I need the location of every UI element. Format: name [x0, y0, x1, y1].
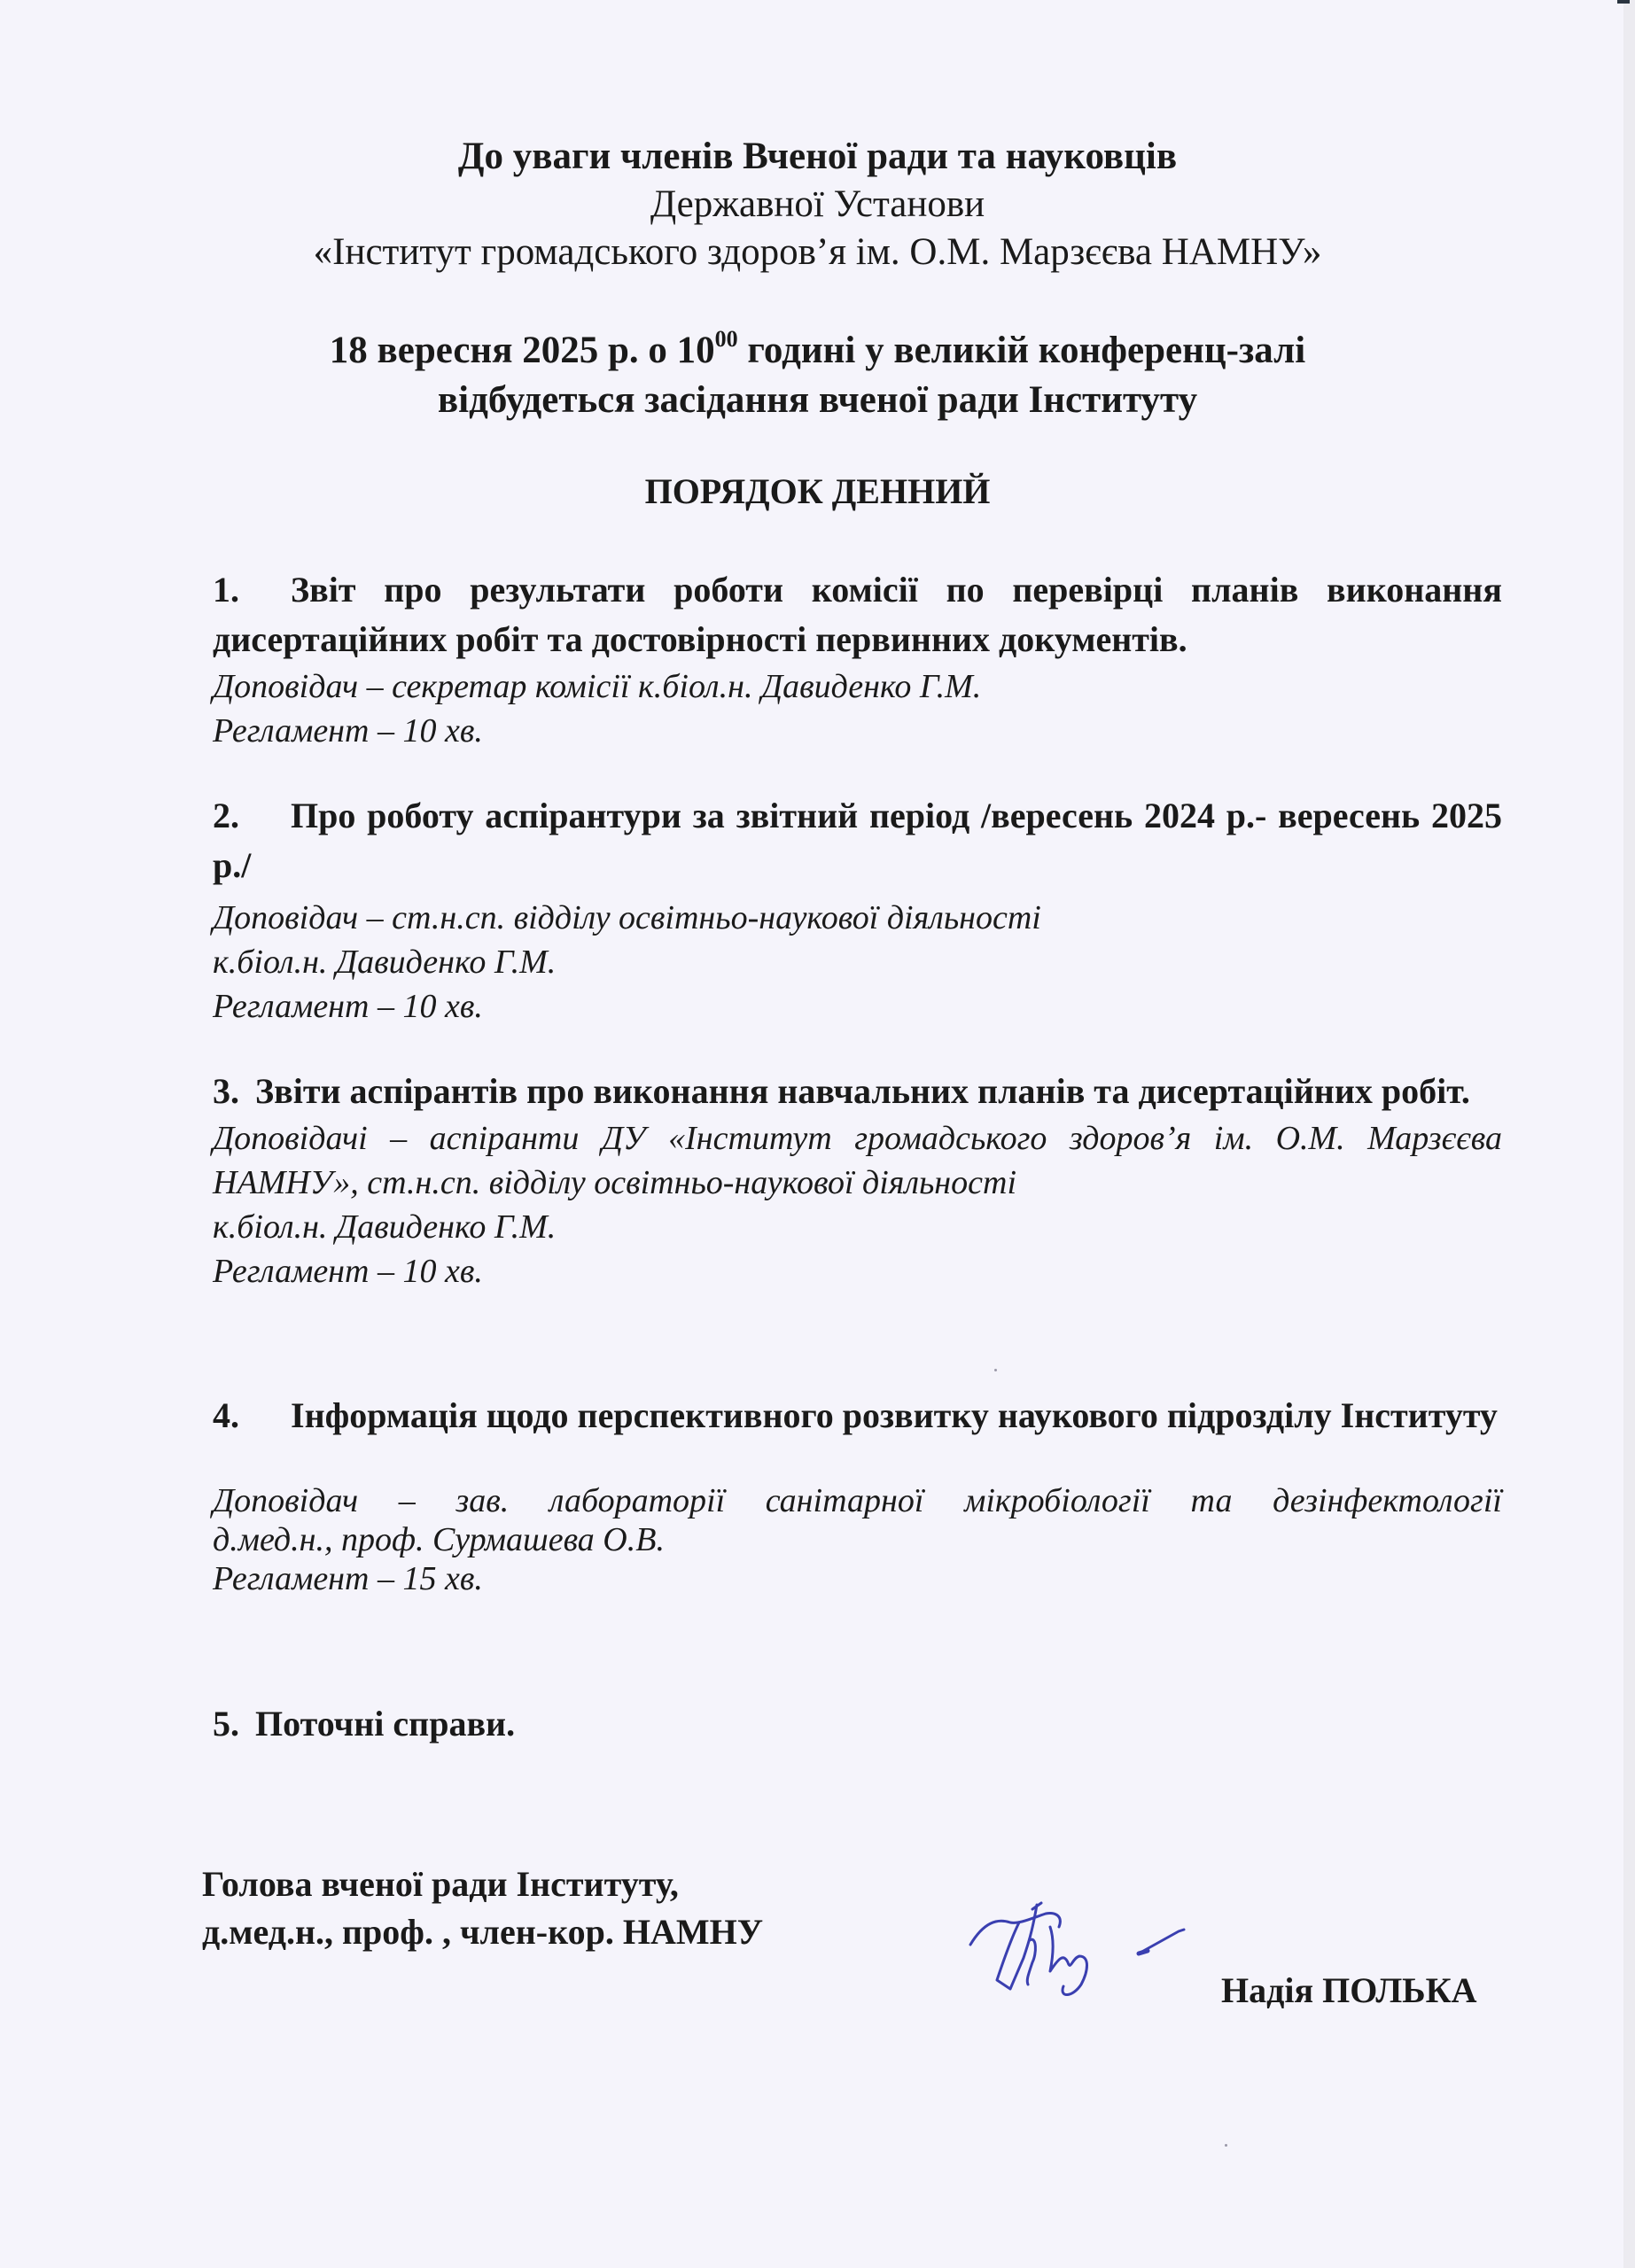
header-line-1: До уваги членів Вченої ради та науковців — [0, 133, 1635, 181]
document-page: До уваги членів Вченої ради та науковців… — [0, 0, 1635, 2268]
agenda-item-regulation: Регламент – 10 хв. — [213, 984, 1502, 1029]
signatory-position: Голова вченої ради Інституту, д.мед.н., … — [202, 1860, 763, 1956]
agenda-item-speaker-degree: к.біол.н. Давиденко Г.М. — [213, 940, 1502, 984]
agenda-item-4: 4.Інформація щодо перспективного розвитк… — [213, 1391, 1502, 1598]
agenda-item-speaker: Доповідач – ст.н.сп. відділу освітньо-на… — [213, 896, 1502, 940]
signatory-position-line-2: д.мед.н., проф. , член-кор. НАМНУ — [202, 1908, 763, 1956]
agenda-item-regulation: Регламент – 15 хв. — [213, 1559, 1502, 1598]
event-date: 18 вересня 2025 р. о 10 — [330, 330, 715, 371]
agenda-title: ПОРЯДОК ДЕННИЙ — [0, 470, 1635, 514]
agenda-item-speaker: Доповідачі – аспіранти ДУ «Інститут гром… — [213, 1116, 1502, 1205]
header-line-3: «Інститут громадського здоров’я ім. О.М.… — [0, 229, 1635, 276]
agenda-item-number: 2. — [213, 791, 291, 841]
header-line-2: Державної Установи — [0, 181, 1635, 229]
agenda-item-3: 3.Звіти аспірантів про виконання навчаль… — [213, 1067, 1502, 1293]
signatory-position-line-1: Голова вченої ради Інституту, — [202, 1860, 763, 1908]
agenda-item-2: 2.Про роботу аспірантури за звітний пері… — [213, 791, 1502, 1029]
agenda-item-speaker: Доповідач – зав. лабораторії санітарної … — [213, 1481, 1502, 1520]
scan-corner-mark — [1617, 0, 1630, 4]
agenda-item-title: 2.Про роботу аспірантури за звітний пері… — [213, 791, 1502, 890]
scan-speck — [1225, 2144, 1227, 2147]
agenda-item-number: 5. — [213, 1699, 239, 1749]
agenda-item-number: 4. — [213, 1391, 291, 1441]
agenda-item-regulation: Регламент – 10 хв. — [213, 709, 1502, 753]
event-time-minutes: 00 — [715, 326, 738, 352]
agenda-item-title: 4.Інформація щодо перспективного розвитк… — [213, 1391, 1502, 1441]
agenda-item-speaker-degree: д.мед.н., проф. Сурмашева О.В. — [213, 1520, 1502, 1559]
handwritten-signature-icon — [948, 1887, 1187, 2011]
agenda-item-speaker-degree: к.біол.н. Давиденко Г.М. — [213, 1205, 1502, 1249]
agenda-item-number: 3. — [213, 1067, 239, 1116]
agenda-item-regulation: Регламент – 10 хв. — [213, 1249, 1502, 1293]
scan-speck — [994, 1369, 997, 1371]
agenda-item-number: 1. — [213, 565, 291, 615]
agenda-item-title: 5.Поточні справи. — [213, 1699, 1502, 1749]
signatory-name: Надія ПОЛЬКА — [1221, 1969, 1476, 2013]
event-place: годині у великій конференц-залі — [738, 330, 1306, 371]
agenda-item-5: 5.Поточні справи. — [213, 1699, 1502, 1749]
event-announcement: 18 вересня 2025 р. о 1000 годині у велик… — [0, 326, 1635, 425]
agenda-item-title: 3.Звіти аспірантів про виконання навчаль… — [213, 1067, 1502, 1116]
event-line-1: 18 вересня 2025 р. о 1000 годині у велик… — [0, 326, 1635, 376]
event-line-2: відбудеться засідання вченої ради Інстит… — [0, 376, 1635, 425]
agenda-item-speaker: Доповідач – секретар комісії к.біол.н. Д… — [213, 664, 1502, 709]
agenda-item-title: 1.Звіт про результати роботи комісії по … — [213, 565, 1502, 664]
document-header: До уваги членів Вченої ради та науковців… — [0, 133, 1635, 276]
agenda-item-1: 1.Звіт про результати роботи комісії по … — [213, 565, 1502, 753]
